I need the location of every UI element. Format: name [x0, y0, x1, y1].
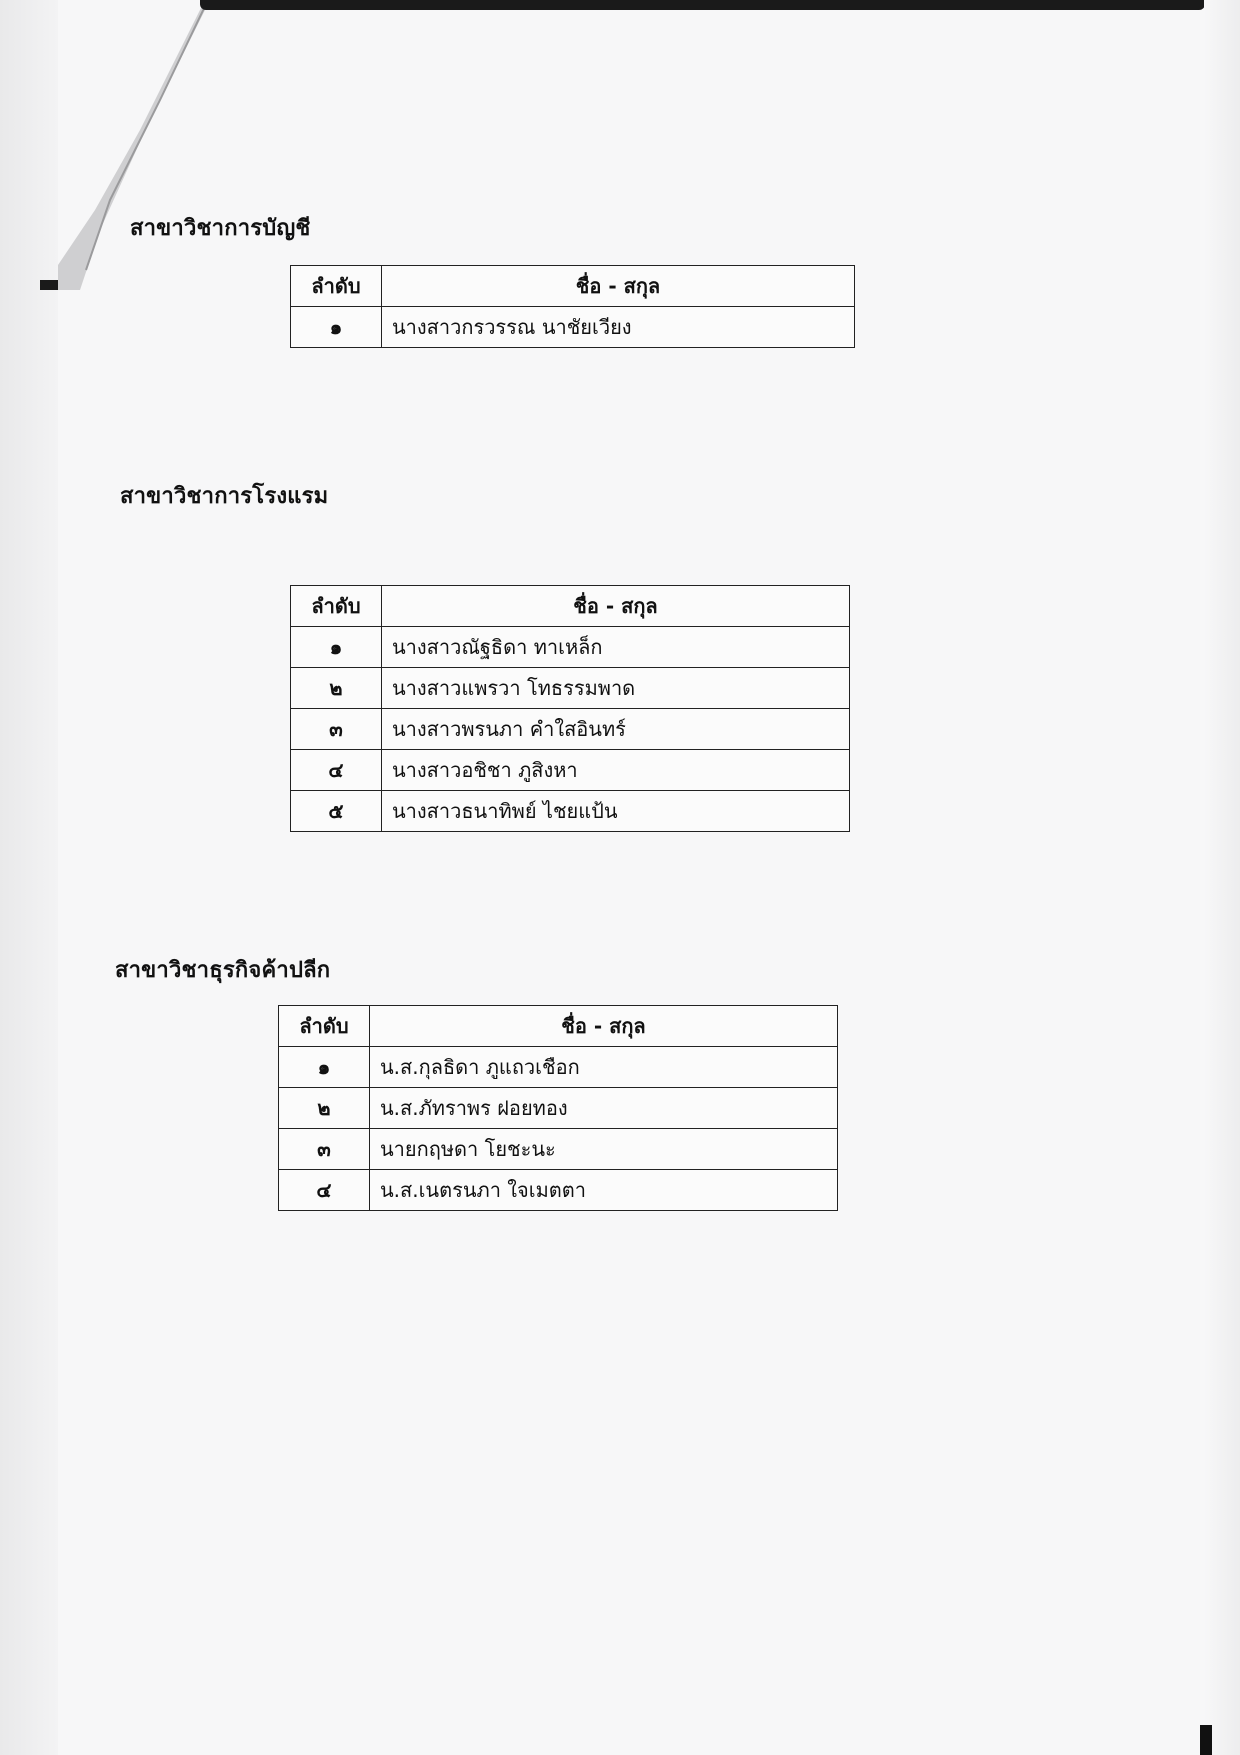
- row-number: ๑: [279, 1047, 370, 1088]
- page-fold-shadow: [40, 0, 210, 290]
- section-heading-retail: สาขาวิชาธุรกิจค้าปลีก: [115, 952, 330, 987]
- table-row: ๓ นางสาวพรนภา คำใสอินทร์: [291, 709, 850, 750]
- row-number: ๒: [279, 1088, 370, 1129]
- table-row: ๔ น.ส.เนตรนภา ใจเมตตา: [279, 1170, 838, 1211]
- row-number: ๕: [291, 791, 382, 832]
- table-header-row: ลำดับ ชื่อ - สกุล: [291, 586, 850, 627]
- column-header-no: ลำดับ: [291, 586, 382, 627]
- row-name: น.ส.กุลธิดา ภูแถวเชือก: [370, 1047, 838, 1088]
- table-row: ๒ นางสาวแพรวา โทธรรมพาด: [291, 668, 850, 709]
- table-accounting: ลำดับ ชื่อ - สกุล ๑ นางสาวกรวรรณ นาชัยเว…: [290, 265, 855, 348]
- row-number: ๒: [291, 668, 382, 709]
- row-number: ๑: [291, 307, 382, 348]
- row-name: นางสาวแพรวา โทธรรมพาด: [382, 668, 850, 709]
- table-row: ๕ นางสาวธนาทิพย์ ไชยแป้น: [291, 791, 850, 832]
- row-name: น.ส.เนตรนภา ใจเมตตา: [370, 1170, 838, 1211]
- table-header-row: ลำดับ ชื่อ - สกุล: [291, 266, 855, 307]
- row-number: ๔: [291, 750, 382, 791]
- row-number: ๓: [279, 1129, 370, 1170]
- table-header-row: ลำดับ ชื่อ - สกุล: [279, 1006, 838, 1047]
- row-name: นางสาวกรวรรณ นาชัยเวียง: [382, 307, 855, 348]
- column-header-name: ชื่อ - สกุล: [382, 586, 850, 627]
- scan-top-edge: [200, 0, 1205, 10]
- table-row: ๑ นางสาวณัฐธิดา ทาเหล็ก: [291, 627, 850, 668]
- page-right-edge-shadow: [1204, 0, 1240, 1755]
- table-hotel: ลำดับ ชื่อ - สกุล ๑ นางสาวณัฐธิดา ทาเหล็…: [290, 585, 850, 832]
- column-header-no: ลำดับ: [279, 1006, 370, 1047]
- row-name: นางสาวอชิชา ภูสิงหา: [382, 750, 850, 791]
- table-row: ๒ น.ส.ภัทราพร ฝอยทอง: [279, 1088, 838, 1129]
- table-row: ๑ นางสาวกรวรรณ นาชัยเวียง: [291, 307, 855, 348]
- row-name: น.ส.ภัทราพร ฝอยทอง: [370, 1088, 838, 1129]
- row-number: ๓: [291, 709, 382, 750]
- section-heading-hotel: สาขาวิชาการโรงแรม: [120, 478, 328, 513]
- column-header-no: ลำดับ: [291, 266, 382, 307]
- row-name: นางสาวพรนภา คำใสอินทร์: [382, 709, 850, 750]
- table-row: ๓ นายกฤษดา โยชะนะ: [279, 1129, 838, 1170]
- table-retail: ลำดับ ชื่อ - สกุล ๑ น.ส.กุลธิดา ภูแถวเชื…: [278, 1005, 838, 1211]
- row-name: นายกฤษดา โยชะนะ: [370, 1129, 838, 1170]
- table-row: ๔ นางสาวอชิชา ภูสิงหา: [291, 750, 850, 791]
- row-number: ๑: [291, 627, 382, 668]
- scan-corner-mark: [1200, 1725, 1212, 1755]
- column-header-name: ชื่อ - สกุล: [382, 266, 855, 307]
- table-row: ๑ น.ส.กุลธิดา ภูแถวเชือก: [279, 1047, 838, 1088]
- section-heading-accounting: สาขาวิชาการบัญชี: [130, 210, 311, 245]
- row-name: นางสาวธนาทิพย์ ไชยแป้น: [382, 791, 850, 832]
- row-number: ๔: [279, 1170, 370, 1211]
- column-header-name: ชื่อ - สกุล: [370, 1006, 838, 1047]
- row-name: นางสาวณัฐธิดา ทาเหล็ก: [382, 627, 850, 668]
